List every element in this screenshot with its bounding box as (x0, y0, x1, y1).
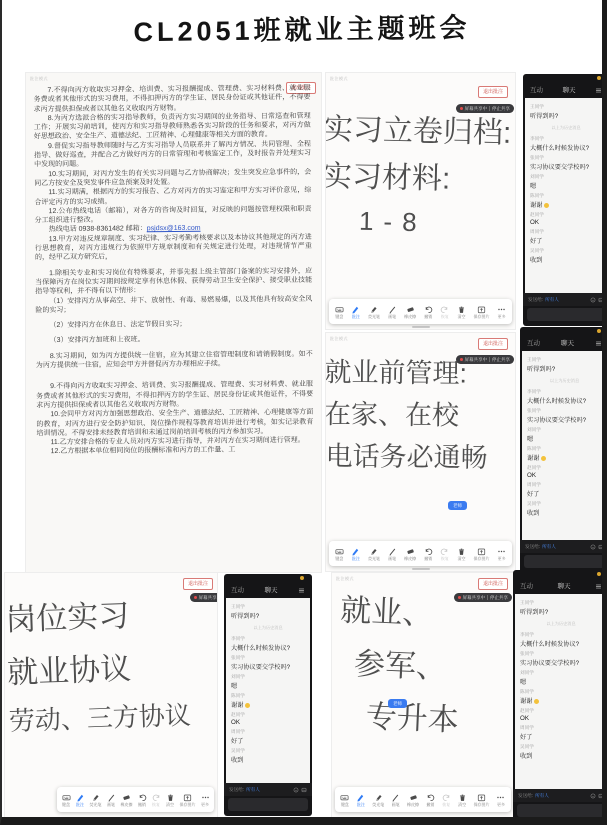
chat-sender-name: 张同学 (530, 155, 602, 161)
pen-icon (356, 793, 365, 802)
annotation-toolbar: 键盘批注荧光笔画笔橡皮擦撤销恢复清空保存图片更多 (329, 299, 512, 324)
chat-sender-name: 陈同学 (527, 446, 602, 452)
save-icon (477, 793, 486, 802)
tool-label: 保存图片 (474, 315, 490, 319)
chat-message: 谢谢 (530, 200, 602, 209)
send-to-label: 发送给: (525, 544, 540, 550)
highlighter-icon (374, 793, 383, 802)
chat-sender-name: 刘同学 (231, 674, 305, 680)
chat-message: 收到 (527, 508, 602, 517)
tool-label: 撤销 (424, 315, 432, 319)
tool-save[interactable]: 保存图片 (474, 547, 490, 561)
tool-label: 键盘 (62, 803, 70, 807)
menu-icon[interactable] (298, 587, 305, 594)
tab-chat[interactable]: 聊天 (561, 338, 574, 347)
chat-message: 好了 (520, 732, 602, 741)
tool-trash[interactable]: 清空 (457, 547, 466, 561)
tool-label: 清空 (457, 315, 465, 319)
chat-input[interactable] (524, 555, 605, 568)
tool-more[interactable]: 更多 (496, 793, 505, 807)
tool-redo[interactable]: 恢复 (152, 793, 161, 807)
chat-message: 大概什么时候发协议? (231, 643, 305, 652)
chat-sender-name: 周同学 (231, 729, 305, 735)
handwriting-line: 参军、 (337, 637, 462, 695)
tool-label: 保存图片 (474, 557, 490, 561)
tab-interaction[interactable]: 互动 (520, 581, 533, 590)
chat-panel: 互动聊天王同学听得到吗?以上为历史消息李同学大概什么时候发协议?张同学实习协议要… (523, 74, 607, 326)
handwriting-line: 实习立卷归档: (325, 107, 512, 157)
tool-pencil[interactable]: 画笔 (107, 793, 116, 807)
tab-interaction[interactable]: 互动 (530, 85, 543, 94)
chat-sender-name: 赵同学 (527, 465, 602, 471)
exit-annotation-button[interactable]: 退出批注 (478, 338, 508, 350)
handwriting-line: 1-8 (325, 200, 510, 244)
chat-panel: 互动聊天王同学听得到吗?以上为历史消息李同学大概什么时候发协议?张同学实习协议要… (224, 574, 312, 816)
tool-save[interactable]: 保存图片 (180, 793, 196, 807)
tool-label: 批注 (352, 557, 360, 561)
chat-sender-name: 王同学 (231, 604, 305, 610)
chat-message: 谢谢 (231, 700, 305, 709)
chat-message: 实习协议要交学校吗? (520, 658, 602, 667)
tool-pencil[interactable]: 画笔 (391, 793, 400, 807)
tool-keyboard[interactable]: 键盘 (340, 793, 349, 807)
more-icon (496, 793, 505, 802)
chat-message-list[interactable]: 王同学听得到吗?以上为历史消息李同学大概什么时候发协议?张同学实习协议要交学校吗… (522, 351, 607, 540)
chat-sender-name: 刘同学 (520, 670, 602, 676)
page-title: CL2051班就业主题班会 (2, 4, 602, 51)
tool-highlighter[interactable]: 荧光笔 (368, 547, 380, 561)
trash-icon (457, 305, 466, 314)
pen-icon (351, 305, 360, 314)
contract-paragraph: 8.实习期间，如为丙方提供统一住宿，应为其建立住宿管理制度和请销假制度。如不为丙… (36, 350, 313, 371)
chat-message-list[interactable]: 王同学听得到吗?以上为历史消息李同学大概什么时候发协议?张同学实习协议要交学校吗… (525, 98, 607, 293)
pen-icon (76, 793, 85, 802)
tool-undo[interactable]: 撤销 (424, 305, 433, 319)
pen-icon (351, 547, 360, 556)
screen-share-pill[interactable]: 屏幕共享中 (190, 593, 219, 602)
tool-label: 键盘 (341, 803, 349, 807)
notification-dot-icon (597, 329, 601, 333)
tool-keyboard[interactable]: 键盘 (335, 305, 344, 319)
chat-message: 谢谢 (520, 696, 602, 705)
smile-emoji-icon (245, 703, 250, 708)
handwriting-pre-employment: 就业前管理:在家、在校电话务必通畅 (325, 352, 489, 479)
chat-input[interactable] (228, 798, 308, 811)
tab-interaction[interactable]: 互动 (527, 338, 540, 347)
chat-message: 实习协议要交学校吗? (231, 662, 305, 671)
chat-divider: 以上为历史消息 (520, 621, 602, 627)
redo-icon (440, 547, 449, 556)
tool-label: 批注 (357, 803, 365, 807)
tool-label: 橡皮擦 (404, 557, 416, 561)
undo-icon (424, 305, 433, 314)
chat-message: 嗯 (231, 681, 305, 690)
chat-sender-name: 周同学 (530, 229, 602, 235)
annotation-toolbar: 键盘批注荧光笔画笔橡皮擦撤销恢复清空保存图片更多 (335, 787, 511, 812)
emoji-picker-icon[interactable] (590, 297, 596, 303)
tool-pen[interactable]: 批注 (356, 793, 365, 807)
chat-message: OK (231, 719, 305, 726)
menu-icon[interactable] (595, 87, 602, 94)
tool-redo[interactable]: 恢复 (440, 305, 449, 319)
tool-label: 荧光笔 (368, 557, 380, 561)
chat-sender-name: 赵同学 (530, 212, 602, 218)
undo-icon (138, 793, 147, 802)
highlighter-icon (369, 547, 378, 556)
chat-message: 好了 (231, 736, 305, 745)
email-link[interactable]: psjdsx@163.com (147, 225, 201, 232)
notification-dot-icon (597, 76, 601, 80)
tool-keyboard[interactable]: 键盘 (62, 793, 71, 807)
keyboard-icon (335, 547, 344, 556)
chat-message: 嗯 (520, 677, 602, 686)
chat-footer: 发送给:所有人 (224, 783, 312, 796)
tool-more[interactable]: 更多 (497, 305, 506, 319)
chat-sender-name: 张同学 (231, 655, 305, 661)
tool-label: 更多 (201, 803, 209, 807)
tool-pen[interactable]: 批注 (351, 547, 360, 561)
chat-sender-name: 刘同学 (527, 427, 602, 433)
chat-message: 好了 (530, 236, 602, 245)
chat-message-list[interactable]: 王同学听得到吗?以上为历史消息李同学大概什么时候发协议?张同学实习协议要交学校吗… (226, 598, 310, 783)
save-icon (477, 547, 486, 556)
more-icon (497, 547, 506, 556)
undo-icon (424, 547, 433, 556)
chat-sender-name: 张同学 (527, 408, 602, 414)
tool-trash[interactable]: 清空 (457, 305, 466, 319)
save-icon (477, 305, 486, 314)
stop-share-button[interactable]: 停止共享 (492, 357, 510, 363)
smile-emoji-icon (544, 203, 549, 208)
tool-highlighter[interactable]: 荧光笔 (372, 793, 384, 807)
eraser-icon (406, 547, 415, 556)
contract-paragraph: 10.会同甲方对丙方加强思想政治、安全生产、道德法纪、工匠精神、心理健康等方面的… (36, 408, 313, 438)
tool-label: 键盘 (335, 557, 343, 561)
chat-message: 大概什么时候发协议? (527, 396, 602, 405)
chat-sender-name: 张同学 (520, 651, 602, 657)
tab-chat[interactable]: 聊天 (558, 581, 571, 590)
tool-label: 荧光笔 (368, 315, 380, 319)
chat-sender-name: 吴同学 (530, 248, 602, 254)
menu-icon[interactable] (595, 583, 602, 590)
emoji-picker-icon[interactable] (590, 544, 596, 550)
highlighter-icon (91, 793, 100, 802)
tool-label: 橡皮擦 (404, 315, 416, 319)
keyboard-icon (340, 793, 349, 802)
chat-message: 好了 (527, 489, 602, 498)
chat-sender-name: 李同学 (527, 389, 602, 395)
pill-divider (487, 595, 488, 600)
keyboard-icon (62, 793, 71, 802)
chat-sender-name: 刘同学 (530, 174, 602, 180)
page: CL2051班就业主题班会 批注模式 退出批注 7.不得向丙方收取实习押金、培训… (0, 0, 607, 825)
send-to-label: 发送给: (528, 297, 543, 303)
tool-keyboard[interactable]: 键盘 (335, 547, 344, 561)
tool-pencil[interactable]: 画笔 (388, 305, 397, 319)
share-status: 屏幕共享中 (199, 595, 219, 601)
pencil-icon (388, 305, 397, 314)
emoji-picker-icon[interactable] (590, 793, 596, 799)
tool-label: 撤销 (424, 557, 432, 561)
chat-message: 嗯 (530, 181, 602, 190)
chat-sender-name: 王同学 (527, 357, 602, 363)
chat-message-list[interactable]: 王同学听得到吗?以上为历史消息李同学大概什么时候发协议?张同学实习协议要交学校吗… (515, 594, 607, 789)
chat-divider: 以上为历史消息 (530, 125, 602, 131)
tool-redo[interactable]: 恢复 (442, 793, 451, 807)
tool-label: 恢复 (442, 803, 450, 807)
chat-sender-name: 吴同学 (520, 744, 602, 750)
contract-paragraph: 13.甲方对违反规章制度、实习纪律、实习考勤考核要求以及本协议其他规定的丙方进行… (35, 233, 312, 263)
chat-sender-name: 陈同学 (530, 193, 602, 199)
tool-pencil[interactable]: 画笔 (388, 547, 397, 561)
contract-paragraph: 7.不得向丙方收取实习押金、培训费、实习报酬提成、管理费、实习材料费、就业服务费… (33, 84, 310, 114)
chat-sender-name: 陈同学 (520, 689, 602, 695)
chat-sender-name: 李同学 (520, 632, 602, 638)
tool-label: 恢复 (152, 803, 160, 807)
chat-sender-name: 赵同学 (231, 712, 305, 718)
chat-message: 听得到吗? (530, 111, 602, 120)
tool-save[interactable]: 保存图片 (474, 305, 490, 319)
chat-message: 收到 (530, 255, 602, 264)
handwriting-line: 在家、在校 (325, 394, 488, 438)
send-to-selector[interactable]: 所有人 (246, 787, 260, 793)
eraser-icon (122, 793, 131, 802)
chat-panel: 互动聊天王同学听得到吗?以上为历史消息李同学大概什么时候发协议?张同学实习协议要… (520, 327, 607, 573)
chat-panel: 互动聊天王同学听得到吗?以上为历史消息李同学大概什么时候发协议?张同学实习协议要… (513, 570, 607, 822)
chat-footer: 发送给:所有人 (523, 293, 607, 306)
pill-divider (489, 357, 490, 362)
annotation-toolbar: 键盘批注荧光笔画笔橡皮擦撤销恢复清空保存图片更多 (57, 787, 214, 812)
send-to-selector[interactable]: 所有人 (542, 544, 556, 550)
tab-chat[interactable]: 聊天 (563, 85, 576, 94)
trash-icon (458, 793, 467, 802)
send-image-icon[interactable] (598, 793, 604, 799)
chat-sender-name: 吴同学 (527, 501, 602, 507)
handwriting-agreements: 岗位实习就业协议劳动、三方协议 (4, 588, 191, 744)
eraser-icon (406, 305, 415, 314)
tool-label: 批注 (76, 803, 84, 807)
tool-pen[interactable]: 批注 (351, 305, 360, 319)
tool-label: 撤销 (138, 803, 146, 807)
chat-message: 收到 (231, 755, 305, 764)
annotation-toolbar: 键盘批注荧光笔画笔橡皮擦撤销恢复清空保存图片更多 (329, 541, 512, 566)
tool-label: 橡皮擦 (407, 803, 419, 807)
tool-label: 画笔 (107, 803, 115, 807)
chat-header: 互动聊天 (513, 570, 607, 592)
chat-header: 互动聊天 (523, 74, 607, 96)
send-image-icon[interactable] (301, 787, 307, 793)
chat-sender-name: 王同学 (520, 600, 602, 606)
tool-undo[interactable]: 撤销 (138, 793, 147, 807)
tool-redo[interactable]: 恢复 (440, 547, 449, 561)
handwriting-line: 就业前管理: (325, 352, 489, 396)
page-indicator (412, 326, 430, 328)
chat-footer: 发送给:所有人 (520, 540, 607, 553)
handwriting-line: 岗位实习 (4, 588, 188, 647)
contract-paragraph: （2）安排丙方在休息日、法定节假日实习； (35, 319, 312, 331)
stop-share-button[interactable]: 停止共享 (490, 595, 508, 601)
handwriting-line: 劳动、三方协议 (8, 693, 191, 744)
handwriting-line: 就业、 (339, 584, 464, 642)
chat-sender-name: 李同学 (530, 136, 602, 142)
handwriting-archive: 实习立卷归档:实习材料:1-8 (325, 107, 512, 244)
pencil-icon (107, 793, 116, 802)
chat-header: 互动聊天 (520, 327, 607, 349)
tool-label: 更多 (497, 803, 505, 807)
chat-message: 实习协议要交学校吗? (527, 415, 602, 424)
chat-message: OK (520, 715, 602, 722)
contract-paragraph: 12.乙方根据本单位相同岗位的报酬标准和丙方的工作量、工 (37, 445, 314, 457)
tool-label: 保存图片 (180, 803, 196, 807)
contract-paragraph: 8.为丙方选派合格的实习指导教师，负责丙方实习期间的业务指导、日常巡查和管理工作… (34, 112, 311, 142)
annotation-mode-label: 批注模式 (330, 336, 348, 342)
tool-label: 画笔 (388, 557, 396, 561)
contract-paragraph: 10.实习期间，对丙方发生的有关实习问题与乙方协商解决；发生突发应急事件的，会同… (34, 167, 311, 188)
tool-pen[interactable]: 批注 (76, 793, 85, 807)
share-status: 屏幕共享中 (463, 595, 486, 601)
pencil-icon (391, 793, 400, 802)
chat-message: 收到 (520, 751, 602, 760)
chat-message: 大概什么时候发协议? (520, 639, 602, 648)
chat-message: 听得到吗? (520, 607, 602, 616)
panel-handwriting-paths: 批注模式 退出批注 屏幕共享中 停止共享 就业、参军、专升本 老师 键盘批注荧光… (331, 572, 515, 818)
tool-more[interactable]: 更多 (201, 793, 210, 807)
tab-interaction[interactable]: 互动 (231, 585, 244, 594)
chat-header: 互动聊天 (224, 574, 312, 596)
tool-save[interactable]: 保存图片 (474, 793, 490, 807)
contract-paragraph: （1）安排丙方从事高空、井下、放射性、有毒、易燃易爆，以及其他具有较高安全风险的… (35, 294, 312, 315)
panel-handwriting-agreements: 退出批注 屏幕共享中 岗位实习就业协议劳动、三方协议 键盘批注荧光笔画笔橡皮擦撤… (4, 572, 218, 818)
chat-message: 谢谢 (527, 453, 602, 462)
chat-sender-name: 周同学 (520, 725, 602, 731)
tool-trash[interactable]: 清空 (458, 793, 467, 807)
redo-icon (152, 793, 161, 802)
eraser-icon (409, 793, 418, 802)
chat-message: 实习协议要交学校吗? (530, 162, 602, 171)
send-to-label: 发送给: (229, 787, 244, 793)
handwriting-line: 就业协议 (6, 641, 190, 700)
tool-label: 画笔 (388, 315, 396, 319)
redo-icon (440, 305, 449, 314)
annotation-mode-label: 批注模式 (330, 76, 348, 82)
tool-highlighter[interactable]: 荧光笔 (368, 305, 380, 319)
chat-message: 嗯 (527, 434, 602, 443)
contract-paragraph: 1.除相关专业和实习岗位有特殊要求，并事先报上级主管部门备案的实习安排外，应当保… (35, 266, 312, 296)
chat-sender-name: 王同学 (530, 104, 602, 110)
highlighter-icon (369, 305, 378, 314)
exit-annotation-button[interactable]: 退出批注 (478, 578, 508, 590)
send-image-icon[interactable] (598, 544, 604, 550)
recording-dot-icon (194, 596, 197, 599)
tool-label: 清空 (166, 803, 174, 807)
chat-sender-name: 吴同学 (231, 748, 305, 754)
tool-label: 清空 (458, 803, 466, 807)
tool-label: 荧光笔 (372, 803, 384, 807)
chat-message: OK (530, 219, 602, 226)
keyboard-icon (335, 305, 344, 314)
tool-undo[interactable]: 撤销 (426, 793, 435, 807)
menu-icon[interactable] (595, 340, 602, 347)
chat-divider: 以上为历史消息 (231, 625, 305, 631)
tool-trash[interactable]: 清空 (166, 793, 175, 807)
trash-icon (457, 547, 466, 556)
chat-sender-name: 李同学 (231, 636, 305, 642)
undo-icon (426, 793, 435, 802)
chat-message: 大概什么时候发协议? (530, 143, 602, 152)
handwriting-line: 电话务必通畅 (325, 436, 488, 480)
page-indicator (412, 568, 430, 570)
more-icon (201, 793, 210, 802)
trash-icon (166, 793, 175, 802)
contract-paragraph: 9.督促实习指导教师随时与乙方实习指导人员联系并了解丙方情况、共同管理、全程指导… (34, 140, 311, 170)
tool-label: 清空 (457, 557, 465, 561)
tool-label: 恢复 (441, 315, 449, 319)
panel-handwriting-archive: 批注模式 退出批注 屏幕共享中 停止共享 实习立卷归档:实习材料:1-8 键盘批… (325, 72, 516, 330)
handwriting-line: 实习材料: (325, 154, 511, 204)
chat-sender-name: 周同学 (527, 482, 602, 488)
send-to-label: 发送给: (518, 793, 533, 799)
tool-eraser[interactable]: 橡皮擦 (404, 305, 416, 319)
notification-dot-icon (300, 576, 304, 580)
tool-eraser[interactable]: 橡皮擦 (404, 547, 416, 561)
tool-label: 键盘 (335, 315, 343, 319)
send-image-icon[interactable] (598, 297, 604, 303)
save-icon (183, 793, 192, 802)
panel-contract-document: 批注模式 退出批注 7.不得向丙方收取实习押金、培训费、实习报酬提成、管理费、实… (25, 72, 322, 573)
chat-divider: 以上为历史消息 (527, 378, 602, 384)
tool-eraser[interactable]: 橡皮擦 (121, 793, 133, 807)
chat-input[interactable] (517, 804, 605, 817)
emoji-picker-icon[interactable] (293, 787, 299, 793)
contract-paragraph: 11.实习期满，根据丙方的实习报告、乙方对丙方的实习鉴定和甲方实习评价意见，综合… (34, 186, 311, 207)
chat-sender-name: 赵同学 (520, 708, 602, 714)
handwriting-paths: 就业、参军、专升本 (335, 584, 465, 747)
contract-paragraph: 12.公布热线电话（邮箱），对各方的咨询及时回复，对反映的问题按管理权限和职责分… (34, 205, 311, 226)
notification-dot-icon (597, 572, 601, 576)
tool-label: 保存图片 (474, 803, 490, 807)
tool-highlighter[interactable]: 荧光笔 (90, 793, 102, 807)
tool-label: 撤销 (426, 803, 434, 807)
send-to-selector[interactable]: 所有人 (535, 793, 549, 799)
tool-label: 荧光笔 (90, 803, 102, 807)
chat-message: OK (527, 472, 602, 479)
tool-label: 恢复 (441, 557, 449, 561)
tab-chat[interactable]: 聊天 (265, 585, 278, 594)
send-to-selector[interactable]: 所有人 (545, 297, 559, 303)
chat-input[interactable] (527, 308, 605, 321)
tool-label: 画笔 (392, 803, 400, 807)
exit-annotation-button[interactable]: 退出批注 (478, 86, 508, 98)
pencil-icon (388, 547, 397, 556)
annotation-author-tag: 老师 (388, 699, 407, 708)
annotation-mode-label: 批注模式 (336, 576, 354, 582)
tool-eraser[interactable]: 橡皮擦 (407, 793, 419, 807)
smile-emoji-icon (541, 456, 546, 461)
tool-undo[interactable]: 撤销 (424, 547, 433, 561)
annotation-author-tag: 老师 (448, 501, 467, 510)
smile-emoji-icon (534, 699, 539, 704)
tool-label: 更多 (498, 557, 506, 561)
chat-message: 听得到吗? (527, 364, 602, 373)
panel-handwriting-pre-employment: 批注模式 退出批注 屏幕共享中 停止共享 就业前管理:在家、在校电话务必通畅 老… (325, 332, 516, 572)
exit-annotation-button[interactable]: 退出批注 (183, 578, 213, 590)
tool-label: 批注 (352, 315, 360, 319)
tool-label: 更多 (498, 315, 506, 319)
redo-icon (442, 793, 451, 802)
contract-text: 7.不得向丙方收取实习押金、培训费、实习报酬提成、管理费、实习材料费、就业服务费… (25, 72, 322, 457)
tool-more[interactable]: 更多 (497, 547, 506, 561)
chat-footer: 发送给:所有人 (513, 789, 607, 802)
